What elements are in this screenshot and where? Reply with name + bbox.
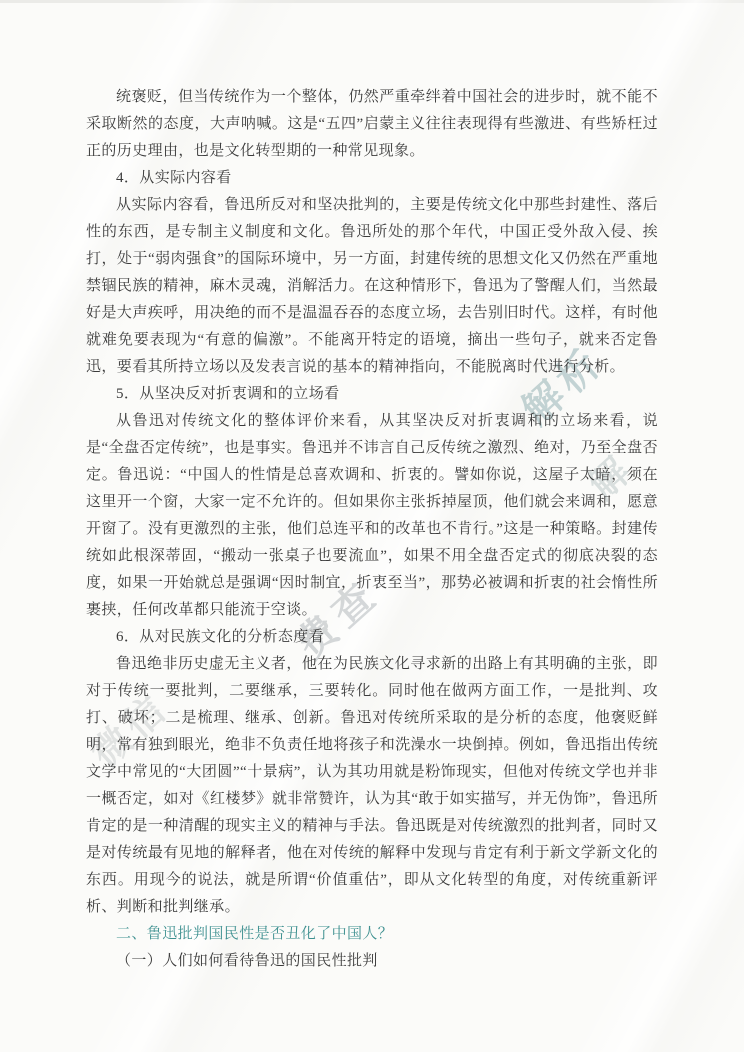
- heading-point-5: 5．从坚决反对折衷调和的立场看: [86, 381, 658, 408]
- heading-point-4: 4．从实际内容看: [86, 165, 658, 192]
- paragraph-intro-continuation: 统褒贬，但当传统作为一个整体，仍然严重牵绊着中国社会的进步时，就不能不采取断然的…: [86, 84, 658, 165]
- paragraph-point-6: 鲁迅绝非历史虚无主义者，他在为民族文化寻求新的出路上有其明确的主张，即对于传统一…: [86, 651, 658, 921]
- document-text-block: 统褒贬，但当传统作为一个整体，仍然严重牵绊着中国社会的进步时，就不能不采取断然的…: [86, 84, 658, 975]
- heading-section-2: 二、鲁迅批判国民性是否丑化了中国人？: [86, 921, 658, 948]
- paragraph-point-5: 从鲁迅对传统文化的整体评价来看，从其坚决反对折衷调和的立场来看，说是“全盘否定传…: [86, 408, 658, 624]
- page-top-edge: [0, 0, 744, 3]
- scanned-document-page: 解析 解 费查 微信 统褒贬，但当传统作为一个整体，仍然严重牵绊着中国社会的进步…: [0, 0, 744, 1052]
- paragraph-point-4: 从实际内容看，鲁迅所反对和坚决批判的，主要是传统文化中那些封建性、落后性的东西，…: [86, 192, 658, 381]
- heading-point-6: 6．从对民族文化的分析态度看: [86, 624, 658, 651]
- heading-section-2-sub-1: （一）人们如何看待鲁迅的国民性批判: [86, 948, 658, 975]
